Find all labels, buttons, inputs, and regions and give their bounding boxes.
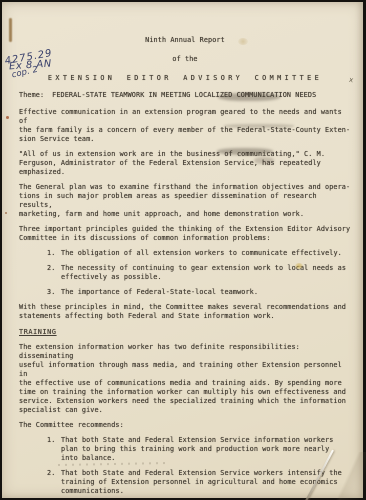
paper-stain <box>238 38 248 45</box>
ink-smudge <box>217 148 273 155</box>
theme-line: Theme:FEDERAL-STATE TEAMWORK IN MEETING … <box>19 91 351 100</box>
recommendation-item-1: 1. That both State and Federal Extension… <box>47 436 351 463</box>
ink-dot <box>5 212 7 214</box>
ink-smudge <box>254 157 274 164</box>
principle-item-1: 1. The obligation of all extension worke… <box>47 249 351 258</box>
principle-item-2: 2. The necessity of continuing to gear e… <box>47 264 351 282</box>
paragraph-training-body: The extension information worker has two… <box>19 343 351 415</box>
list-number: 2. <box>47 264 61 282</box>
list-number: 1. <box>47 249 61 258</box>
report-subtitle: of the <box>19 55 351 64</box>
list-text: The necessity of continuing to gear exte… <box>61 264 346 282</box>
list-text: That both State and Federal Extension Se… <box>61 469 342 496</box>
paper-stain <box>295 263 303 269</box>
tape-mark <box>9 18 12 42</box>
document-photo: 4275.29 Ex 8 AN cop. 2 x Ninth Annual Re… <box>0 0 366 500</box>
paper-page: 4275.29 Ex 8 AN cop. 2 x Ninth Annual Re… <box>2 2 363 498</box>
principle-item-3: 3. The importance of Federal-State-local… <box>47 288 351 297</box>
training-section-heading: TRAINING <box>19 328 351 337</box>
list-text: That both State and Federal Extension Se… <box>61 436 333 463</box>
paragraph-ferguson-quote: "All of us in extension work are in the … <box>19 150 351 177</box>
list-text: The importance of Federal-State-local te… <box>61 288 258 297</box>
paragraph-effective-communication: Effective communication in an extension … <box>19 108 351 144</box>
paragraph-general-plan: The General plan was to examine firsthan… <box>19 183 351 219</box>
list-number: 1. <box>47 436 61 463</box>
theme-label: Theme: <box>19 91 44 99</box>
paragraph-committee-recommends: The Committee recommends: <box>19 421 351 430</box>
paragraph-three-principles: Three important principles guided the th… <box>19 225 351 243</box>
paragraph-closing-principles: With these principles in mind, the Commi… <box>19 303 351 321</box>
report-title: Ninth Annual Report <box>19 36 351 45</box>
list-number: 2. <box>47 469 61 496</box>
ink-dot <box>6 116 9 119</box>
list-text: The obligation of all extension workers … <box>61 249 342 258</box>
scanned-document-photo: { "document": { "handwritten": { "line1"… <box>0 0 366 500</box>
recommendation-item-2: 2. That both State and Federal Extension… <box>47 469 351 496</box>
ink-smudge <box>218 93 280 101</box>
list-number: 3. <box>47 288 61 297</box>
committee-title: EXTENSION EDITOR ADVISORY COMMITTEE <box>19 74 351 83</box>
ink-smear <box>224 124 294 128</box>
